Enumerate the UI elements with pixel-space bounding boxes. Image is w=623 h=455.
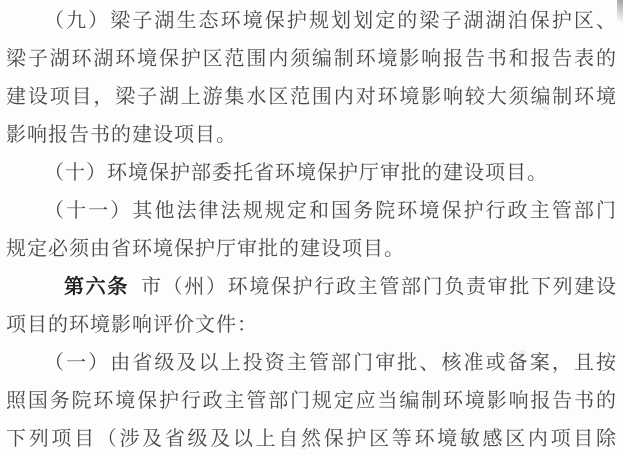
scan-artifact bbox=[617, 0, 623, 22]
text-line: （十）环境保护部委托省环境保护厅审批的建设项目。 bbox=[6, 154, 617, 192]
text-line: （一）由省级及以上投资主管部门审批、核准或备案，且按 bbox=[6, 344, 617, 382]
text-line: （九）梁子湖生态环境保护规划划定的梁子湖湖泊保护区、 bbox=[6, 2, 617, 40]
text-line: 第六条市（州）环境保护行政主管部门负责审批下列建设 bbox=[6, 268, 617, 306]
article-text: 市（州）环境保护行政主管部门负责审批下列建设 bbox=[141, 276, 617, 298]
text-line: 影响报告书的建设项目。 bbox=[6, 116, 617, 154]
text-line: 建设项目，梁子湖上游集水区范围内对环境影响较大须编制环境 bbox=[6, 78, 617, 116]
text-line: 下列项目（涉及省级及以上自然保护区等环境敏感区内项目除 bbox=[6, 420, 617, 455]
paragraph-article-6: 第六条市（州）环境保护行政主管部门负责审批下列建设 项目的环境影响评价文件： bbox=[6, 268, 617, 344]
paragraph-clause-10: （十）环境保护部委托省环境保护厅审批的建设项目。 bbox=[6, 154, 617, 192]
paragraph-clause-11: （十一）其他法律法规规定和国务院环境保护行政主管部门 规定必须由省环境保护厅审批… bbox=[6, 192, 617, 268]
paragraph-clause-9: （九）梁子湖生态环境保护规划划定的梁子湖湖泊保护区、 梁子湖环湖环境保护区范围内… bbox=[6, 2, 617, 154]
text-line: 规定必须由省环境保护厅审批的建设项目。 bbox=[6, 230, 617, 268]
text-line: 项目的环境影响评价文件： bbox=[6, 306, 617, 344]
document-page: （九）梁子湖生态环境保护规划划定的梁子湖湖泊保护区、 梁子湖环湖环境保护区范围内… bbox=[0, 0, 623, 455]
article-number: 第六条 bbox=[64, 276, 129, 298]
text-line: （十一）其他法律法规规定和国务院环境保护行政主管部门 bbox=[6, 192, 617, 230]
text-line: 照国务院环境保护行政主管部门规定应当编制环境影响报告书的 bbox=[6, 382, 617, 420]
paragraph-clause-1: （一）由省级及以上投资主管部门审批、核准或备案，且按 照国务院环境保护行政主管部… bbox=[6, 344, 617, 455]
text-line: 梁子湖环湖环境保护区范围内须编制环境影响报告书和报告表的 bbox=[6, 40, 617, 78]
